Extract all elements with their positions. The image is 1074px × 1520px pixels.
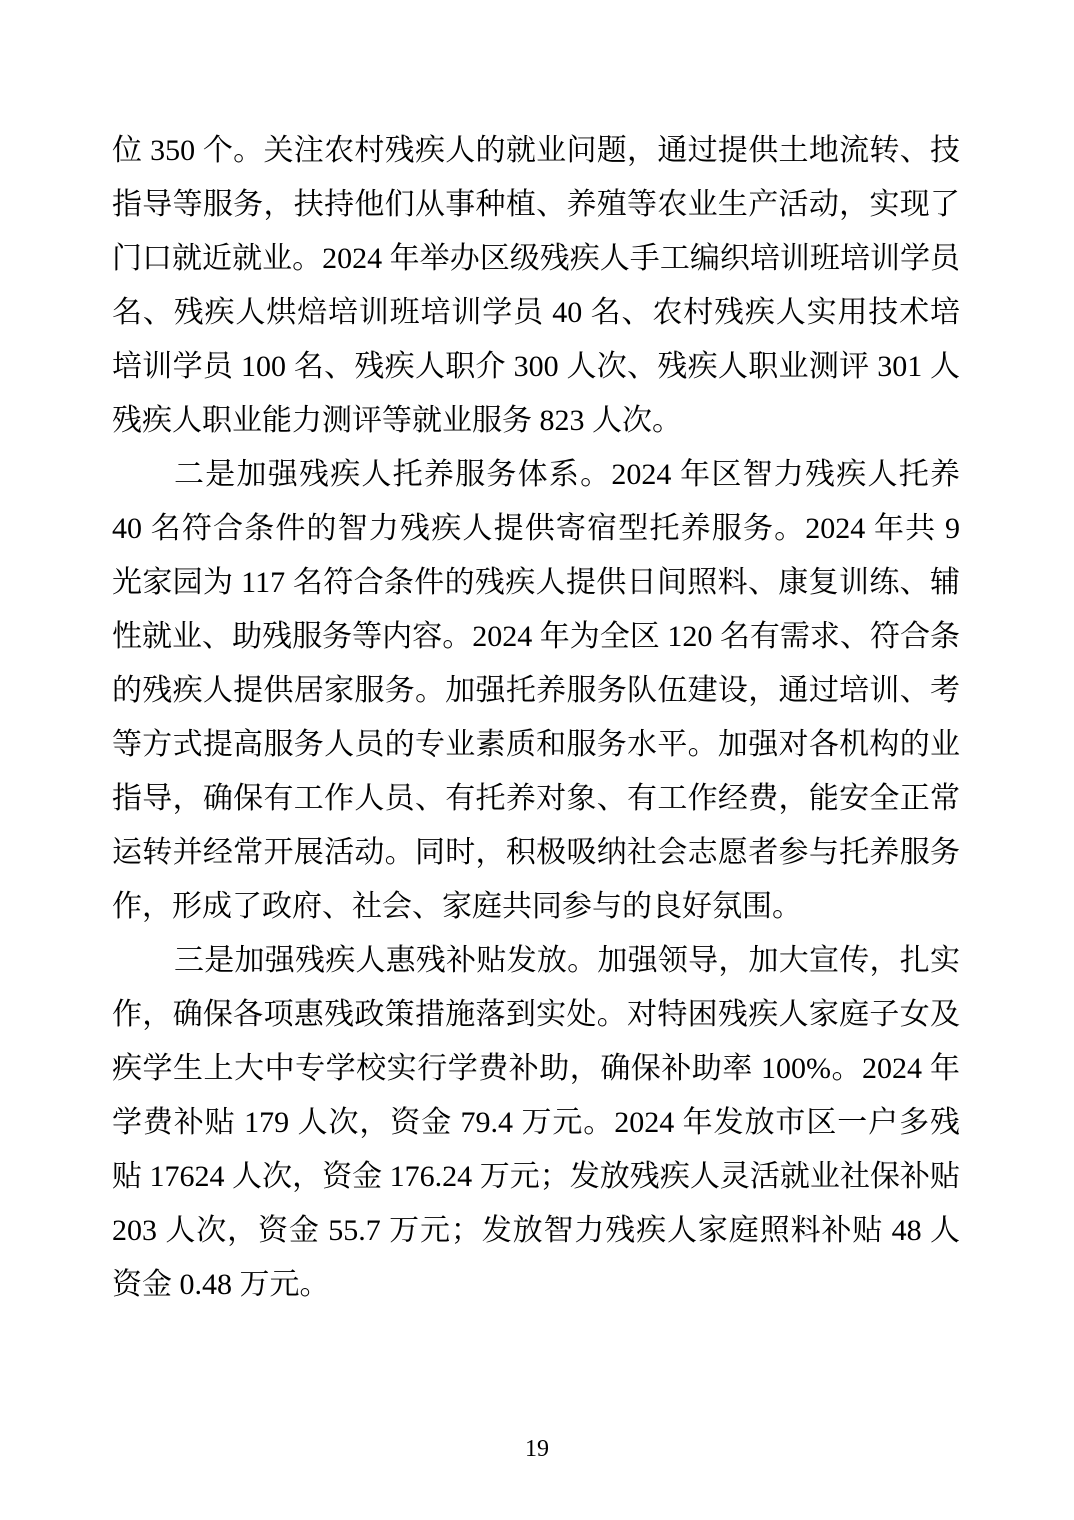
text-line: 的残疾人提供居家服务。加强托养服务队伍建设，通过培训、考核 bbox=[112, 664, 960, 718]
page-number: 19 bbox=[0, 1434, 1074, 1464]
text-block: 位 350 个。关注农村残疾人的就业问题，通过提供土地流转、技术 指导等服务，扶… bbox=[112, 124, 960, 1312]
document-page: 位 350 个。关注农村残疾人的就业问题，通过提供土地流转、技术 指导等服务，扶… bbox=[0, 0, 1074, 1520]
text-line: 二是加强残疾人托养服务体系。2024 年区智力残疾人托养所为 bbox=[112, 448, 960, 502]
text-line: 指导等服务，扶持他们从事种植、养殖等农业生产活动，实现了家 bbox=[112, 178, 960, 232]
text-line: 三是加强残疾人惠残补贴发放。加强领导，加大宣传，扎实工 bbox=[112, 934, 960, 988]
text-line: 作，确保各项惠残政策措施落到实处。对特困残疾人家庭子女及残 bbox=[112, 988, 960, 1042]
text-line: 资金 0.48 万元。 bbox=[112, 1258, 960, 1312]
text-line: 运转并经常开展活动。同时，积极吸纳社会志愿者参与托养服务工 bbox=[112, 826, 960, 880]
text-line: 光家园为 117 名符合条件的残疾人提供日间照料、康复训练、辅助 bbox=[112, 556, 960, 610]
text-line: 培训学员 100 名、残疾人职介 300 人次、残疾人职业测评 301 人次 bbox=[112, 340, 960, 394]
paragraph-care-services: 二是加强残疾人托养服务体系。2024 年区智力残疾人托养所为 40 名符合条件的… bbox=[112, 448, 960, 934]
paragraph-subsidies: 三是加强残疾人惠残补贴发放。加强领导，加大宣传，扎实工 作，确保各项惠残政策措施… bbox=[112, 934, 960, 1312]
text-line: 疾学生上大中专学校实行学费补助，确保补助率 100%。2024 年发放 bbox=[112, 1042, 960, 1096]
text-line: 203 人次，资金 55.7 万元；发放智力残疾人家庭照料补贴 48 人次， bbox=[112, 1204, 960, 1258]
text-line: 位 350 个。关注农村残疾人的就业问题，通过提供土地流转、技术 bbox=[112, 124, 960, 178]
text-line: 贴 17624 人次，资金 176.24 万元；发放残疾人灵活就业社保补贴 bbox=[112, 1150, 960, 1204]
text-line: 残疾人职业能力测评等就业服务 823 人次。 bbox=[112, 394, 960, 448]
text-line: 门口就近就业。2024 年举办区级残疾人手工编织培训班培训学员 82 bbox=[112, 232, 960, 286]
paragraph-employment: 位 350 个。关注农村残疾人的就业问题，通过提供土地流转、技术 指导等服务，扶… bbox=[112, 124, 960, 448]
text-line: 学费补贴 179 人次，资金 79.4 万元。2024 年发放市区一户多残补 bbox=[112, 1096, 960, 1150]
text-line: 40 名符合条件的智力残疾人提供寄宿型托养服务。2024 年共 9 家阳 bbox=[112, 502, 960, 556]
text-line: 名、残疾人烘焙培训班培训学员 40 名、农村残疾人实用技术培训班 bbox=[112, 286, 960, 340]
text-line: 指导，确保有工作人员、有托养对象、有工作经费，能安全正常的 bbox=[112, 772, 960, 826]
text-line: 作，形成了政府、社会、家庭共同参与的良好氛围。 bbox=[112, 880, 960, 934]
text-line: 性就业、助残服务等内容。2024 年为全区 120 名有需求、符合条件 bbox=[112, 610, 960, 664]
text-line: 等方式提高服务人员的专业素质和服务水平。加强对各机构的业务 bbox=[112, 718, 960, 772]
